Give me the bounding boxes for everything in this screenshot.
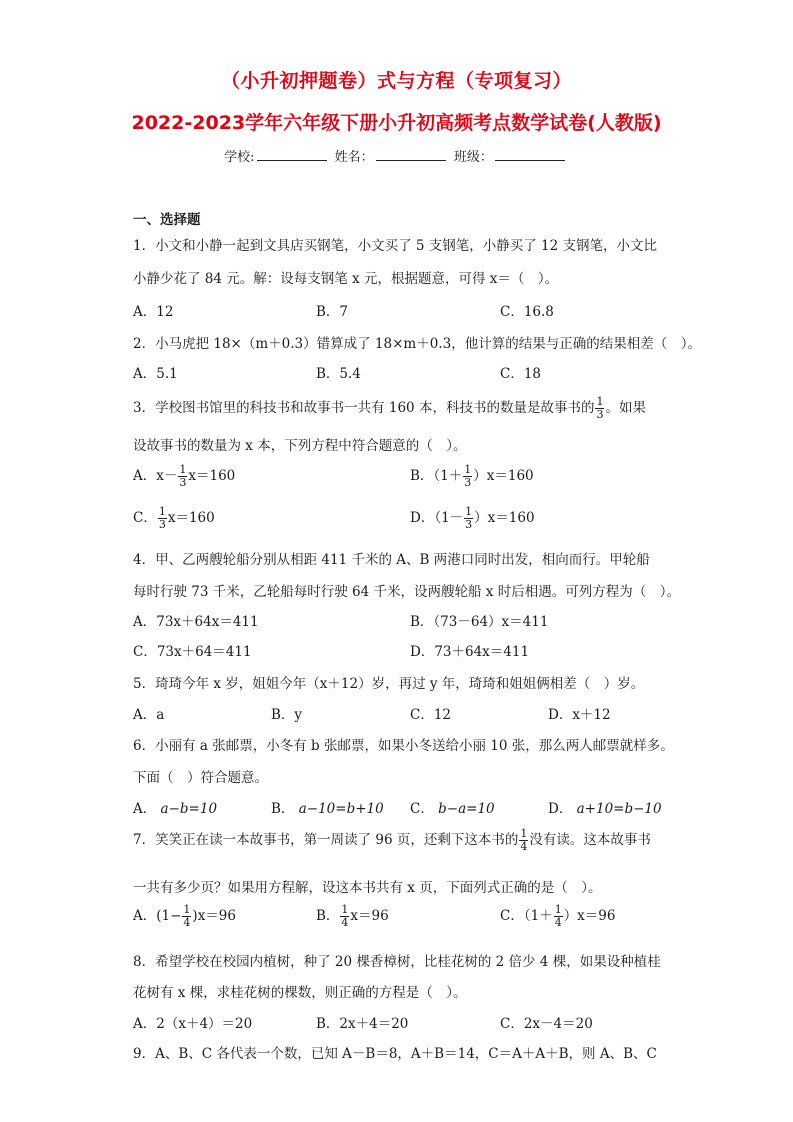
question-text: 1．小文和小静一起到文具店买钢笔，小文买了 5 支钢笔，小静买了 12 支钢笔，…: [133, 234, 657, 254]
option-a: A．5.1: [133, 362, 178, 382]
name-label: 姓名：: [335, 150, 374, 165]
option-b: B．（73－64）x＝411: [410, 610, 548, 630]
question-text: 2．小马虎把 18×（m＋0.3）错算成了 18×m＋0.3，他计算的结果与正确…: [133, 332, 701, 352]
option-expr: )x＝96: [192, 908, 236, 924]
fraction: 13: [178, 464, 187, 489]
option-expr: ）x＝96: [564, 908, 616, 924]
option-a: A． a−b=10: [133, 797, 217, 817]
option-label: C．: [410, 801, 434, 817]
option-expr: （1＋: [433, 468, 462, 484]
option-d: D．x＋12: [548, 703, 611, 723]
option-label: A．: [133, 468, 156, 484]
option-a: A．x－13x＝160: [133, 464, 235, 489]
fraction: 14: [519, 828, 528, 853]
option-expr: a−10=b+10: [299, 801, 384, 817]
question-text: 花树有 x 棵，求桂花树的棵数，则正确的方程是（ ）。: [133, 981, 466, 1001]
section-title: 一、选择题: [133, 208, 201, 228]
option-expr: a−b=10: [161, 801, 218, 817]
denominator: 3: [464, 477, 471, 489]
option-a: A．2（x＋4）＝20: [133, 1012, 252, 1032]
option-b: B．2x＋4＝20: [316, 1012, 408, 1032]
option-expr: x＝160: [168, 510, 215, 526]
option-expr: a+10=b−10: [577, 801, 662, 817]
option-label: B．: [316, 908, 339, 924]
option-expr: x－: [156, 468, 177, 484]
option-label: C．: [500, 908, 524, 924]
option-c: C．73x＋64＝411: [133, 640, 252, 660]
option-a: A．12: [133, 300, 173, 320]
option-b: B．（1＋13）x＝160: [410, 464, 534, 489]
school-blank[interactable]: [257, 148, 327, 161]
option-b: B．5.4: [316, 362, 361, 382]
question-text-part: 3．学校图书馆里的科技书和故事书一共有 160 本，科技书的数量是故事书的: [133, 400, 594, 416]
option-d: D．（1－13）x＝160: [410, 506, 535, 531]
fraction: 14: [340, 904, 349, 929]
option-b: B．14x＝96: [316, 904, 389, 929]
question-text: 一共有多少页？如果用方程解，设这本书共有 x 页，下面列式正确的是（ ）。: [133, 876, 601, 896]
question-text: 每时行驶 73 千米，乙轮船每时行驶 64 千米，设两艘轮船 x 时后相遇。可列…: [133, 580, 680, 600]
option-c: C．13x＝160: [133, 506, 215, 531]
denominator: 4: [520, 841, 527, 853]
option-label: A．: [133, 801, 156, 817]
option-label: A．: [133, 908, 156, 924]
fraction: 13: [464, 506, 473, 531]
option-label: C．: [133, 510, 157, 526]
option-b: B．7: [316, 300, 348, 320]
denominator: 4: [341, 917, 348, 929]
option-expr: x＝160: [188, 468, 235, 484]
option-expr: ）x＝160: [473, 468, 533, 484]
student-info: 学校: 姓名： 班级：: [0, 146, 793, 165]
question-text: 3．学校图书馆里的科技书和故事书一共有 160 本，科技书的数量是故事书的13。…: [133, 396, 646, 421]
denominator: 4: [183, 917, 190, 929]
fraction: 14: [182, 904, 191, 929]
denominator: 3: [596, 409, 603, 421]
option-label: B．: [271, 801, 294, 817]
question-text: 下面（ ）符合题意。: [133, 766, 268, 786]
option-expr: （1＋: [524, 908, 553, 924]
exam-title: （小升初押题卷）式与方程（专项复习）: [0, 66, 793, 93]
option-expr: x＝96: [350, 908, 388, 924]
option-c: C．16.8: [500, 300, 554, 320]
fraction: 13: [158, 506, 167, 531]
option-expr: （1－: [434, 510, 463, 526]
option-b: B． a−10=b+10: [271, 797, 384, 817]
class-blank[interactable]: [495, 148, 565, 161]
question-text: 4．甲、乙两艘轮船分别从相距 411 千米的 A、B 两港口同时出发，相向而行。…: [133, 548, 650, 568]
option-expr: b−a=10: [438, 801, 495, 817]
option-c: C． b−a=10: [410, 797, 495, 817]
denominator: 4: [555, 917, 562, 929]
option-c: C．12: [410, 703, 451, 723]
school-label: 学校:: [224, 150, 254, 165]
question-text: 小静少花了 84 元。解：设每支钢笔 x 元，根据题意，可得 x＝（ ）。: [133, 267, 558, 287]
denominator: 3: [159, 519, 166, 531]
option-b: B．y: [271, 703, 302, 723]
option-c: C．2x－4＝20: [500, 1012, 593, 1032]
question-text: 8．希望学校在校园内植树，种了 20 棵香樟树，比桂花树的 2 倍少 4 棵，如…: [133, 950, 661, 970]
question-text: 7．笑笑正在读一本故事书，第一周读了 96 页，还剩下这本书的14没有读。这本故…: [133, 828, 651, 853]
fraction: 14: [554, 904, 563, 929]
option-d: D．73＋64x＝411: [410, 640, 529, 660]
question-text: 设故事书的数量为 x 本，下列方程中符合题意的（ ）。: [133, 434, 466, 454]
option-label: D．: [548, 801, 572, 817]
option-a: A．73x＋64x＝411: [133, 610, 259, 630]
exam-subtitle: 2022-2023学年六年级下册小升初高频考点数学试卷(人教版): [0, 108, 793, 135]
question-text-part: 没有读。这本故事书: [529, 832, 651, 848]
option-a: A．(1−14)x＝96: [133, 904, 236, 929]
question-text: 5．琦琦今年 x 岁，姐姐今年（x＋12）岁，再过 y 年，琦琦和姐姐俩相差（ …: [133, 672, 644, 692]
question-text-part: 7．笑笑正在读一本故事书，第一周读了 96 页，还剩下这本书的: [133, 832, 518, 848]
class-label: 班级：: [454, 150, 493, 165]
fraction: 13: [463, 464, 472, 489]
denominator: 3: [179, 477, 186, 489]
question-text-part: 。如果: [605, 400, 646, 416]
question-text: 6．小丽有 a 张邮票，小冬有 b 张邮票，如果小冬送给小丽 10 张，那么两人…: [133, 734, 674, 754]
option-c: C．18: [500, 362, 541, 382]
option-a: A．a: [133, 703, 164, 723]
option-label: D．: [410, 510, 434, 526]
option-expr: ）x＝160: [474, 510, 534, 526]
option-label: B．: [410, 468, 433, 484]
option-c: C．（1＋14）x＝96: [500, 904, 615, 929]
denominator: 3: [465, 519, 472, 531]
option-expr: (1−: [156, 908, 181, 924]
name-blank[interactable]: [376, 148, 446, 161]
question-text: 9．A、B、C 各代表一个数，已知 A－B＝8，A＋B＝14，C＝A＋A＋B，则…: [133, 1042, 657, 1062]
option-d: D． a+10=b−10: [548, 797, 662, 817]
fraction: 13: [595, 396, 604, 421]
